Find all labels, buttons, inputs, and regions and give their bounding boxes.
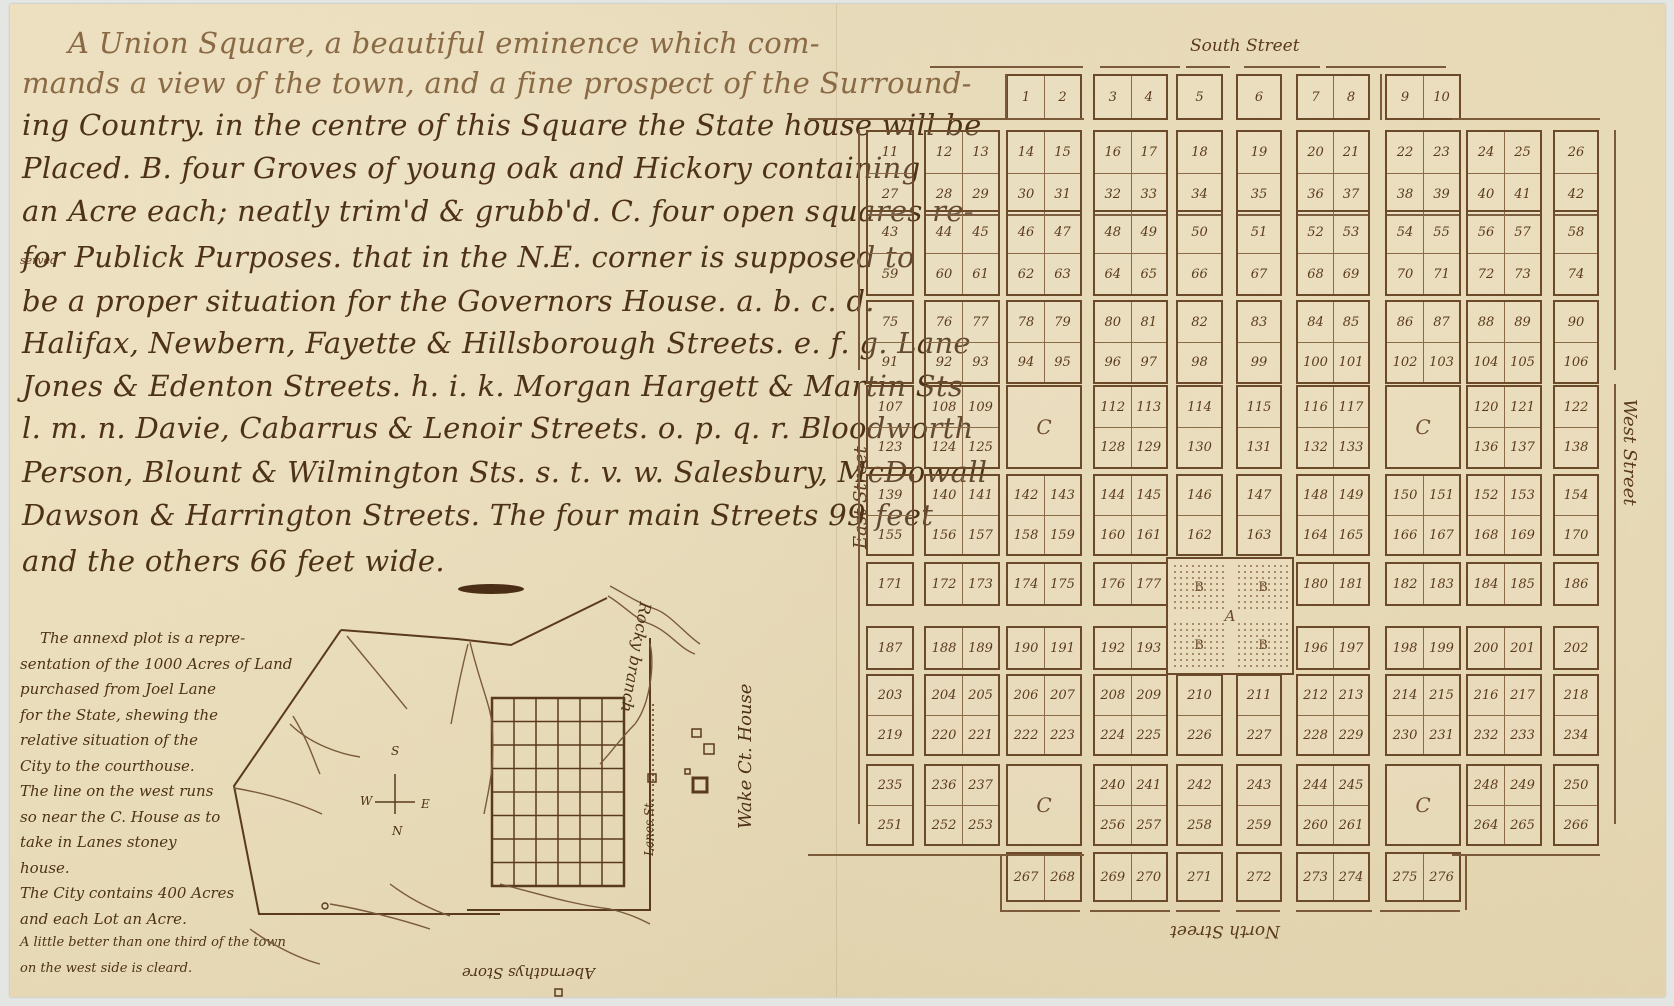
city-block: 150151166167 [1385, 474, 1461, 556]
city-block: 269270 [1093, 852, 1168, 902]
city-block: 214215230231 [1385, 674, 1461, 756]
lot-number: 41 [1504, 173, 1540, 214]
city-block: 174175 [1006, 562, 1082, 606]
lot-number: 205 [962, 676, 998, 715]
lot-number: 193 [1131, 628, 1167, 668]
city-block: 8485100101 [1296, 300, 1370, 384]
city-block: 218234 [1553, 674, 1599, 756]
city-block: 1834 [1176, 130, 1223, 216]
city-block: 120121136137 [1466, 385, 1542, 469]
city-block: 910 [1385, 74, 1461, 120]
lot-number: 241 [1131, 766, 1167, 805]
lot-number: 202 [1555, 628, 1597, 668]
lot-number: 252 [926, 805, 962, 844]
city-block: 171 [866, 562, 914, 606]
lot-number: 188 [926, 628, 962, 668]
lot-number: 92 [926, 342, 962, 382]
lot-number: 56 [1468, 212, 1504, 253]
lot-number: 217 [1504, 676, 1540, 715]
lot-number: 235 [868, 766, 912, 805]
street-edge-line [930, 66, 1083, 68]
street-edge-line [1452, 118, 1552, 120]
lot-number: 176 [1095, 564, 1131, 604]
city-block: 152153168169 [1466, 474, 1542, 556]
lot-number: 206 [1008, 676, 1044, 715]
city-block: 2642 [1553, 130, 1599, 216]
lot-number: 165 [1333, 515, 1368, 554]
lot-number: 72 [1468, 253, 1504, 294]
lot-number: 73 [1504, 253, 1540, 294]
lot-number: 42 [1555, 173, 1597, 214]
lot-number: 116 [1298, 387, 1333, 427]
lot-number: 143 [1044, 476, 1080, 515]
square-label-c: C [1387, 387, 1459, 467]
lot-number: 47 [1044, 212, 1080, 253]
city-block: 52536869 [1296, 210, 1370, 296]
manuscript-sheet: A Union Square, a beautiful eminence whi… [10, 4, 1665, 997]
city-block: 188189 [924, 626, 1000, 670]
city-block: 78 [1296, 74, 1370, 120]
city-block: 7591 [866, 300, 914, 384]
city-block: 140141156157 [924, 474, 1000, 556]
city-block: 1935 [1236, 130, 1282, 216]
city-block: 12 [1006, 74, 1082, 120]
lot-number: 268 [1044, 854, 1080, 900]
lot-number: 169 [1504, 515, 1540, 554]
city-block: 172173 [924, 562, 1000, 606]
lot-number: 79 [1044, 302, 1080, 342]
lot-number: 120 [1468, 387, 1504, 427]
lot-number: 33 [1131, 173, 1167, 214]
lot-number: 197 [1333, 628, 1368, 668]
city-block: 147163 [1236, 474, 1282, 556]
street-label-top: South Street [1190, 36, 1300, 56]
city-block: 8298 [1176, 300, 1223, 384]
lot-number: 264 [1468, 805, 1504, 844]
city-block: 108109124125 [924, 385, 1000, 469]
lot-number: 171 [868, 564, 912, 604]
lot-number: 76 [926, 302, 962, 342]
city-block: 208209224225 [1093, 674, 1168, 756]
lot-number: 65 [1131, 253, 1167, 294]
lot-number: 125 [962, 427, 998, 467]
city-block: 22233839 [1385, 130, 1461, 216]
street-edge-line [1540, 118, 1600, 120]
lot-number: 96 [1095, 342, 1131, 382]
lot-number: 144 [1095, 476, 1131, 515]
lot-number: 16 [1095, 132, 1131, 173]
lot-number: 258 [1178, 805, 1221, 844]
city-block: 8889104105 [1466, 300, 1542, 384]
lot-number: 253 [962, 805, 998, 844]
lot-number: 70 [1387, 253, 1423, 294]
lot-number: 94 [1008, 342, 1044, 382]
city-block: 1127 [866, 130, 914, 216]
city-block: 115131 [1236, 385, 1282, 469]
lot-number: 273 [1298, 854, 1333, 900]
city-block: 78799495 [1006, 300, 1082, 384]
square-label-c: C [1387, 766, 1459, 844]
city-block: 176177 [1093, 562, 1168, 606]
city-block: 116117132133 [1296, 385, 1370, 469]
lot-number: 77 [962, 302, 998, 342]
lot-number: 242 [1178, 766, 1221, 805]
lot-number: 149 [1333, 476, 1368, 515]
lot-number: 233 [1504, 715, 1540, 754]
city-block: 272 [1236, 852, 1282, 902]
lot-number: 25 [1504, 132, 1540, 173]
lot-number: 90 [1555, 302, 1597, 342]
lot-number: 22 [1387, 132, 1423, 173]
lot-number: 245 [1333, 766, 1368, 805]
lot-number: 93 [962, 342, 998, 382]
union-square-label-a: A [1168, 559, 1292, 673]
lot-number: 98 [1178, 342, 1221, 382]
lot-number: 26 [1555, 132, 1597, 173]
lot-number: 81 [1131, 302, 1167, 342]
lot-number: 204 [926, 676, 962, 715]
lot-number: 78 [1008, 302, 1044, 342]
lot-number: 66 [1178, 253, 1221, 294]
lot-number: 12 [926, 132, 962, 173]
lot-number: 45 [962, 212, 998, 253]
city-block: 56577273 [1466, 210, 1542, 296]
lot-number: 61 [962, 253, 998, 294]
city-block: 210226 [1176, 674, 1223, 756]
city-block: 112113128129 [1093, 385, 1168, 469]
lot-number: 50 [1178, 212, 1221, 253]
lot-number: 34 [1178, 173, 1221, 214]
city-block: 8687102103 [1385, 300, 1461, 384]
lot-number: 261 [1333, 805, 1368, 844]
lot-number: 225 [1131, 715, 1167, 754]
lot-number: 175 [1044, 564, 1080, 604]
lot-number: 123 [868, 427, 912, 467]
lot-number: 30 [1008, 173, 1044, 214]
lot-number: 74 [1555, 253, 1597, 294]
lot-number: 75 [868, 302, 912, 342]
lot-number: 95 [1044, 342, 1080, 382]
lot-number: 129 [1131, 427, 1167, 467]
lot-number: 37 [1333, 173, 1368, 214]
lot-number: 158 [1008, 515, 1044, 554]
city-block: 187 [866, 626, 914, 670]
lot-number: 106 [1555, 342, 1597, 382]
lot-number: 99 [1238, 342, 1280, 382]
lot-number: 157 [962, 515, 998, 554]
square-label-c: C [1008, 387, 1080, 467]
lot-number: 85 [1333, 302, 1368, 342]
city-block: 122138 [1553, 385, 1599, 469]
lot-number: 27 [868, 173, 912, 214]
lot-number: 19 [1238, 132, 1280, 173]
city-block: 240241256257 [1093, 764, 1168, 846]
city-block: 16173233 [1093, 130, 1168, 216]
street-edge-line [1244, 66, 1320, 68]
lot-number: 82 [1178, 302, 1221, 342]
lot-number: 162 [1178, 515, 1221, 554]
lot-number: 211 [1238, 676, 1280, 715]
lot-number: 210 [1178, 676, 1221, 715]
lot-number: 9 [1387, 76, 1423, 118]
lot-number: 46 [1008, 212, 1044, 253]
city-block: 192193 [1093, 626, 1168, 670]
city-block: 242258 [1176, 764, 1223, 846]
lot-number: 29 [962, 173, 998, 214]
lot-number: 200 [1468, 628, 1504, 668]
street-edge-line [808, 118, 918, 120]
lot-number: 177 [1131, 564, 1167, 604]
lot-number: 265 [1504, 805, 1540, 844]
street-edge-line [1000, 854, 1002, 910]
lot-number: 8 [1333, 76, 1368, 118]
city-block: 275276 [1385, 852, 1461, 902]
lot-number: 152 [1468, 476, 1504, 515]
lot-number: 69 [1333, 253, 1368, 294]
lot-number: 100 [1298, 342, 1333, 382]
street-edge-line [1465, 854, 1467, 910]
city-block: 202 [1553, 626, 1599, 670]
city-block: 76779293 [924, 300, 1000, 384]
city-block: 271 [1176, 852, 1223, 902]
city-block: 5167 [1236, 210, 1282, 296]
lot-number: 214 [1387, 676, 1423, 715]
lot-number: 229 [1333, 715, 1368, 754]
lot-number: 83 [1238, 302, 1280, 342]
street-edge-line [1005, 74, 1007, 120]
lot-number: 190 [1008, 628, 1044, 668]
lot-number: 183 [1423, 564, 1459, 604]
city-block: 211227 [1236, 674, 1282, 756]
lot-number: 160 [1095, 515, 1131, 554]
lot-number: 138 [1555, 427, 1597, 467]
city-block: 5 [1176, 74, 1223, 120]
lot-number: 249 [1504, 766, 1540, 805]
lot-number: 168 [1468, 515, 1504, 554]
lot-number: 173 [962, 564, 998, 604]
square-label-c: C [1008, 766, 1080, 844]
lot-number: 58 [1555, 212, 1597, 253]
lot-number: 146 [1178, 476, 1221, 515]
lot-number: 198 [1387, 628, 1423, 668]
city-block: 200201 [1466, 626, 1542, 670]
lot-number: 234 [1555, 715, 1597, 754]
lot-number: 219 [868, 715, 912, 754]
lot-number: 276 [1423, 854, 1459, 900]
lot-number: 251 [868, 805, 912, 844]
lot-number: 218 [1555, 676, 1597, 715]
lot-number: 201 [1504, 628, 1540, 668]
lot-number: 24 [1468, 132, 1504, 173]
lot-number: 199 [1423, 628, 1459, 668]
lot-number: 17 [1131, 132, 1167, 173]
lot-number: 87 [1423, 302, 1459, 342]
lot-number: 20 [1298, 132, 1333, 173]
lot-number: 11 [868, 132, 912, 173]
lot-number: 275 [1387, 854, 1423, 900]
city-block: 250266 [1553, 764, 1599, 846]
lot-number: 40 [1468, 173, 1504, 214]
city-block: 267268 [1006, 852, 1082, 902]
lot-number: 189 [962, 628, 998, 668]
street-edge-line [914, 118, 1084, 120]
lot-number: 208 [1095, 676, 1131, 715]
lot-number: 80 [1095, 302, 1131, 342]
lot-number: 154 [1555, 476, 1597, 515]
city-block: 180181 [1296, 562, 1370, 606]
street-edge-line [858, 384, 860, 824]
lot-number: 237 [962, 766, 998, 805]
lot-number: 114 [1178, 387, 1221, 427]
lot-number: 271 [1178, 854, 1221, 900]
lot-number: 155 [868, 515, 912, 554]
city-plan: South Street North Street East Street We… [10, 4, 1665, 997]
lot-number: 60 [926, 253, 962, 294]
city-block: 146162 [1176, 474, 1223, 556]
lot-number: 181 [1333, 564, 1368, 604]
lot-number: 28 [926, 173, 962, 214]
city-block: 14153031 [1006, 130, 1082, 216]
lot-number: 226 [1178, 715, 1221, 754]
street-edge-line [1090, 910, 1170, 912]
lot-number: 5 [1178, 76, 1221, 118]
lot-number: 147 [1238, 476, 1280, 515]
lot-number: 167 [1423, 515, 1459, 554]
lot-number: 236 [926, 766, 962, 805]
lot-number: 230 [1387, 715, 1423, 754]
lot-number: 21 [1333, 132, 1368, 173]
lot-number: 224 [1095, 715, 1131, 754]
city-block: 54557071 [1385, 210, 1461, 296]
street-edge-line [914, 854, 1084, 856]
city-block: 212213228229 [1296, 674, 1370, 756]
lot-number: 220 [926, 715, 962, 754]
street-edge-line [1380, 910, 1460, 912]
open-square-block: C [1006, 385, 1082, 469]
city-block: 184185 [1466, 562, 1542, 606]
lot-number: 142 [1008, 476, 1044, 515]
city-block: 144145160161 [1093, 474, 1168, 556]
lot-number: 59 [868, 253, 912, 294]
lot-number: 250 [1555, 766, 1597, 805]
lot-number: 148 [1298, 476, 1333, 515]
open-square-block: C [1006, 764, 1082, 846]
lot-number: 132 [1298, 427, 1333, 467]
lot-number: 182 [1387, 564, 1423, 604]
city-block: 248249264265 [1466, 764, 1542, 846]
lot-number: 122 [1555, 387, 1597, 427]
lot-number: 184 [1468, 564, 1504, 604]
lot-number: 52 [1298, 212, 1333, 253]
city-block: 203219 [866, 674, 914, 756]
lot-number: 272 [1238, 854, 1280, 900]
city-block: 243259 [1236, 764, 1282, 846]
lot-number: 231 [1423, 715, 1459, 754]
lot-number: 112 [1095, 387, 1131, 427]
lot-number: 64 [1095, 253, 1131, 294]
lot-number: 23 [1423, 132, 1459, 173]
lot-number: 223 [1044, 715, 1080, 754]
lot-number: 196 [1298, 628, 1333, 668]
city-block: 46476263 [1006, 210, 1082, 296]
lot-number: 186 [1555, 564, 1597, 604]
lot-number: 191 [1044, 628, 1080, 668]
lot-number: 67 [1238, 253, 1280, 294]
lot-number: 103 [1423, 342, 1459, 382]
lot-number: 174 [1008, 564, 1044, 604]
open-square-block: C [1385, 385, 1461, 469]
lot-number: 10 [1423, 76, 1459, 118]
lot-number: 63 [1044, 253, 1080, 294]
lot-number: 266 [1555, 805, 1597, 844]
lot-number: 166 [1387, 515, 1423, 554]
lot-number: 86 [1387, 302, 1423, 342]
lot-number: 18 [1178, 132, 1221, 173]
street-edge-line [1614, 384, 1616, 824]
lot-number: 13 [962, 132, 998, 173]
lot-number: 243 [1238, 766, 1280, 805]
street-edge-line [1100, 66, 1180, 68]
open-square-block: C [1385, 764, 1461, 846]
lot-number: 53 [1333, 212, 1368, 253]
city-block: 244245260261 [1296, 764, 1370, 846]
lot-number: 232 [1468, 715, 1504, 754]
lot-number: 88 [1468, 302, 1504, 342]
lot-number: 240 [1095, 766, 1131, 805]
lot-number: 121 [1504, 387, 1540, 427]
city-block: 44456061 [924, 210, 1000, 296]
union-square: BBBBA [1166, 557, 1294, 675]
street-edge-line [1176, 910, 1220, 912]
city-block: 196197 [1296, 626, 1370, 670]
lot-number: 159 [1044, 515, 1080, 554]
lot-number: 104 [1468, 342, 1504, 382]
city-block: 148149164165 [1296, 474, 1370, 556]
lot-number: 192 [1095, 628, 1131, 668]
lot-number: 108 [926, 387, 962, 427]
lot-number: 130 [1178, 427, 1221, 467]
city-block: 186 [1553, 562, 1599, 606]
lot-number: 84 [1298, 302, 1333, 342]
lot-number: 137 [1504, 427, 1540, 467]
lot-number: 274 [1333, 854, 1368, 900]
city-block: 236237252253 [924, 764, 1000, 846]
lot-number: 221 [962, 715, 998, 754]
lot-number: 260 [1298, 805, 1333, 844]
city-block: 80819697 [1093, 300, 1168, 384]
lot-number: 128 [1095, 427, 1131, 467]
lot-number: 115 [1238, 387, 1280, 427]
lot-number: 109 [962, 387, 998, 427]
street-edge-line [1296, 910, 1372, 912]
lot-number: 68 [1298, 253, 1333, 294]
city-block: 204205220221 [924, 674, 1000, 756]
lot-number: 43 [868, 212, 912, 253]
lot-number: 141 [962, 476, 998, 515]
lot-number: 36 [1298, 173, 1333, 214]
lot-number: 48 [1095, 212, 1131, 253]
lot-number: 269 [1095, 854, 1131, 900]
lot-number: 54 [1387, 212, 1423, 253]
city-block: 206207222223 [1006, 674, 1082, 756]
lot-number: 14 [1008, 132, 1044, 173]
lot-number: 117 [1333, 387, 1368, 427]
lot-number: 170 [1555, 515, 1597, 554]
lot-number: 97 [1131, 342, 1167, 382]
street-edge-line [1236, 910, 1280, 912]
lot-number: 3 [1095, 76, 1131, 118]
lot-number: 180 [1298, 564, 1333, 604]
